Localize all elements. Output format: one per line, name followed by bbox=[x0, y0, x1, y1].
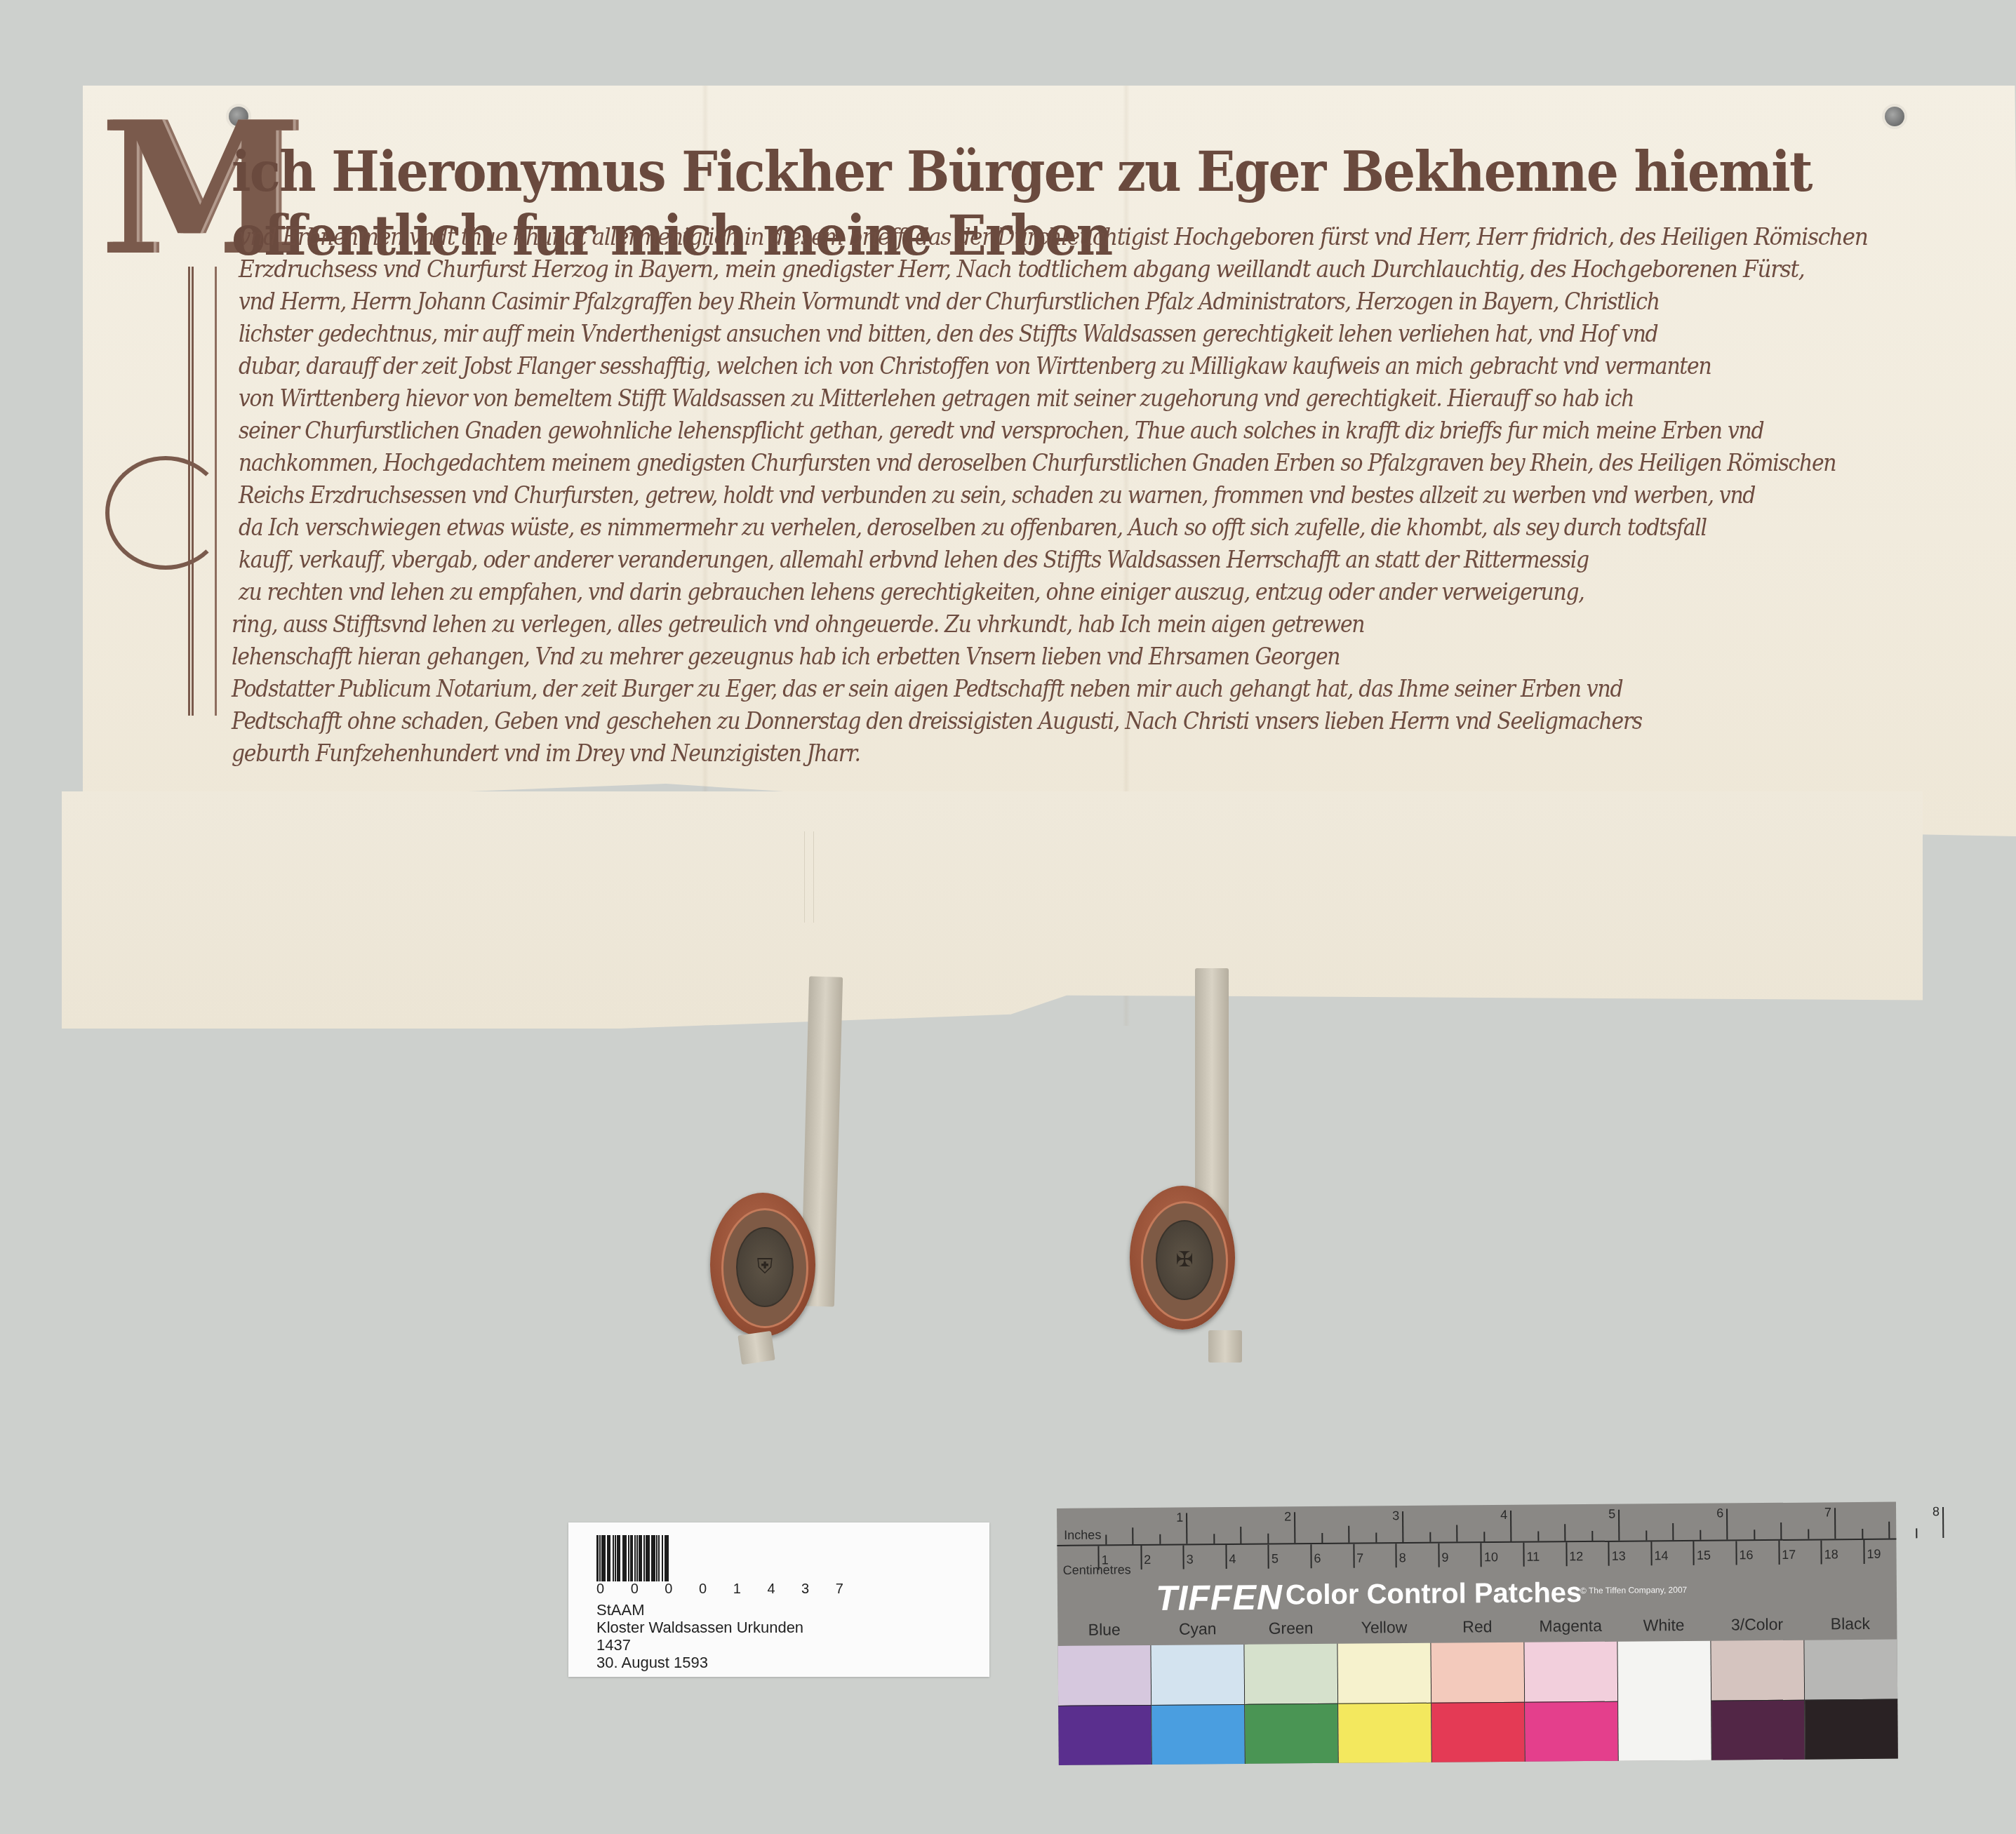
charter-text-line: da Ich verschwiegen etwas wüste, es nimm… bbox=[239, 514, 1707, 542]
seal-strap-end-left bbox=[737, 1331, 775, 1365]
patch-column-3-color bbox=[1711, 1640, 1805, 1760]
charter-text-line: nachkommen, Hochgedachtem meinem gnedigs… bbox=[239, 449, 1836, 477]
inch-mark: 4 bbox=[1500, 1508, 1507, 1522]
patch-swatch-light bbox=[1431, 1642, 1525, 1703]
cm-mark: 7 bbox=[1356, 1551, 1363, 1566]
initial-flourish-scroll bbox=[105, 456, 226, 570]
copyright-notice: © The Tiffen Company, 2007 bbox=[1580, 1585, 1687, 1595]
charter-text-line: Podstatter Publicum Notarium, der zeit B… bbox=[232, 675, 1622, 703]
document-date: 30. August 1593 bbox=[596, 1654, 803, 1671]
patch-swatch-light bbox=[1245, 1644, 1338, 1704]
charter-text-line: Pedtschafft ohne schaden, Geben vnd gesc… bbox=[232, 707, 1642, 735]
patch-label-black: Black bbox=[1803, 1614, 1897, 1634]
chart-title: Color Control Patches bbox=[1286, 1577, 1582, 1611]
charter-text-line: dubar, darauff der zeit Jobst Flanger se… bbox=[239, 352, 1711, 380]
inch-mark: 8 bbox=[1932, 1504, 1940, 1519]
inch-mark: 2 bbox=[1284, 1509, 1291, 1524]
charter-text-line: vnd Erbnehmen vndt thue khundt allermeni… bbox=[239, 223, 1867, 251]
inch-mark: 3 bbox=[1392, 1508, 1399, 1523]
charter-text-line: Erzdruchsess vnd Churfurst Herzog in Bay… bbox=[239, 255, 1804, 283]
patch-label-3-color: 3/Color bbox=[1710, 1615, 1803, 1635]
patch-swatch-dark bbox=[1711, 1699, 1805, 1760]
centimetres-label: Centimetres bbox=[1063, 1562, 1131, 1578]
cm-mark: 1 bbox=[1102, 1553, 1109, 1567]
wax-seal-right: ✠ bbox=[1130, 1186, 1235, 1330]
cm-mark: 2 bbox=[1144, 1553, 1151, 1567]
cm-mark: 6 bbox=[1314, 1551, 1321, 1566]
patch-label-green: Green bbox=[1244, 1619, 1337, 1638]
patch-swatch-dark bbox=[1338, 1702, 1431, 1763]
patch-column-black bbox=[1804, 1640, 1898, 1760]
tiffen-logo: TIFFEN bbox=[1156, 1577, 1283, 1618]
cm-mark: 4 bbox=[1229, 1552, 1236, 1567]
patch-label-magenta: Magenta bbox=[1524, 1617, 1617, 1636]
charter-text-line: ring, auss Stifftsvnd lehen zu verlegen,… bbox=[232, 610, 1364, 638]
charter-text-line: zu rechten vnd lehen zu empfahen, vnd da… bbox=[239, 578, 1584, 606]
cm-mark: 8 bbox=[1399, 1551, 1406, 1565]
patch-label-yellow: Yellow bbox=[1337, 1618, 1431, 1638]
cm-mark: 9 bbox=[1441, 1551, 1448, 1565]
inch-mark: 5 bbox=[1608, 1507, 1615, 1522]
cm-mark: 16 bbox=[1739, 1548, 1753, 1562]
patch-swatch-light bbox=[1711, 1640, 1805, 1701]
cm-mark: 17 bbox=[1782, 1548, 1796, 1562]
cm-mark: 13 bbox=[1612, 1549, 1626, 1564]
inch-mark: 7 bbox=[1824, 1505, 1831, 1520]
patch-swatch-dark bbox=[1151, 1704, 1245, 1765]
patch-swatch-dark bbox=[1431, 1701, 1525, 1762]
charter-text-line: Reichs Erzdruchsessen vnd Churfursten, g… bbox=[239, 481, 1755, 509]
charter-text-line: von Wirttenberg hievor von bemeltem Stif… bbox=[239, 384, 1634, 413]
patch-column-green bbox=[1244, 1644, 1338, 1764]
coat-of-arms-icon: ⛨ bbox=[737, 1229, 792, 1306]
patch-swatch-dark bbox=[1245, 1703, 1338, 1764]
tiffen-color-chart: Inches Centimetres 123456781234567891011… bbox=[1057, 1502, 1898, 1765]
patch-column-red bbox=[1431, 1642, 1525, 1762]
cm-mark: 18 bbox=[1824, 1547, 1838, 1562]
barcode bbox=[596, 1535, 669, 1581]
charter-text-line: seiner Churfurstlichen Gnaden gewohnlich… bbox=[239, 417, 1763, 445]
patch-swatch bbox=[1618, 1641, 1711, 1761]
cm-mark: 10 bbox=[1484, 1550, 1498, 1565]
charter-text-line: lehenschafft hieran gehangen, Vnd zu meh… bbox=[232, 643, 1340, 671]
patch-swatch-dark bbox=[1525, 1701, 1618, 1762]
inches-label: Inches bbox=[1064, 1528, 1101, 1543]
barcode-number: 0 0 0 0 1 4 3 7 bbox=[596, 1581, 855, 1598]
patch-swatch-dark bbox=[1058, 1704, 1151, 1765]
cm-mark: 5 bbox=[1271, 1552, 1279, 1567]
inch-mark: 1 bbox=[1176, 1511, 1183, 1525]
patch-label-white: White bbox=[1617, 1616, 1711, 1635]
patch-swatch-light bbox=[1805, 1640, 1898, 1700]
color-patches bbox=[1058, 1640, 1898, 1765]
archive-label: 0 0 0 0 1 4 3 7 StAAM Kloster Waldsassen… bbox=[568, 1522, 989, 1677]
patch-swatch-light bbox=[1058, 1645, 1151, 1706]
document-number: 1437 bbox=[596, 1636, 803, 1654]
patch-label-cyan: Cyan bbox=[1151, 1619, 1244, 1639]
patch-column-blue bbox=[1058, 1645, 1151, 1765]
cm-mark: 3 bbox=[1187, 1552, 1194, 1567]
patch-swatch-dark bbox=[1805, 1699, 1898, 1760]
punch-hole-right bbox=[1885, 107, 1904, 126]
patch-column-white bbox=[1617, 1641, 1711, 1761]
cm-mark: 11 bbox=[1526, 1550, 1540, 1565]
patch-label-red: Red bbox=[1431, 1617, 1524, 1637]
cm-mark: 12 bbox=[1569, 1549, 1583, 1564]
helmet-crest-icon: ✠ bbox=[1157, 1221, 1212, 1299]
cm-mark: 19 bbox=[1867, 1547, 1881, 1562]
seal-strap-end-right bbox=[1208, 1330, 1242, 1363]
cm-mark: 15 bbox=[1697, 1548, 1711, 1563]
plica-fold bbox=[62, 791, 1923, 1029]
inch-mark: 6 bbox=[1716, 1506, 1723, 1521]
ruler-marks: 1234567812345678910111213141516171819 bbox=[1057, 1502, 1896, 1508]
patch-column-magenta bbox=[1524, 1642, 1618, 1762]
patch-label-blue: Blue bbox=[1057, 1620, 1151, 1640]
patch-swatch-light bbox=[1525, 1642, 1618, 1702]
wax-seal-left: ⛨ bbox=[710, 1193, 815, 1337]
charter-text-line: kauff, verkauff, vbergab, oder anderer v… bbox=[239, 546, 1589, 574]
seal-slit bbox=[804, 831, 814, 923]
charter-text-line: vnd Herrn, Herrn Johann Casimir Pfalzgra… bbox=[239, 288, 1660, 316]
patch-column-yellow bbox=[1337, 1643, 1431, 1763]
collection-name: Kloster Waldsassen Urkunden bbox=[596, 1619, 803, 1636]
archive-name: StAAM bbox=[596, 1601, 803, 1619]
patch-column-cyan bbox=[1151, 1645, 1245, 1765]
patch-swatch-light bbox=[1151, 1645, 1245, 1705]
cm-mark: 14 bbox=[1654, 1548, 1668, 1563]
charter-text-line: lichster gedechtnus, mir auff mein Vnder… bbox=[239, 320, 1657, 348]
charter-text-line: geburth Funfzehenhundert vnd im Drey vnd… bbox=[232, 739, 860, 768]
patch-swatch-light bbox=[1338, 1643, 1431, 1704]
